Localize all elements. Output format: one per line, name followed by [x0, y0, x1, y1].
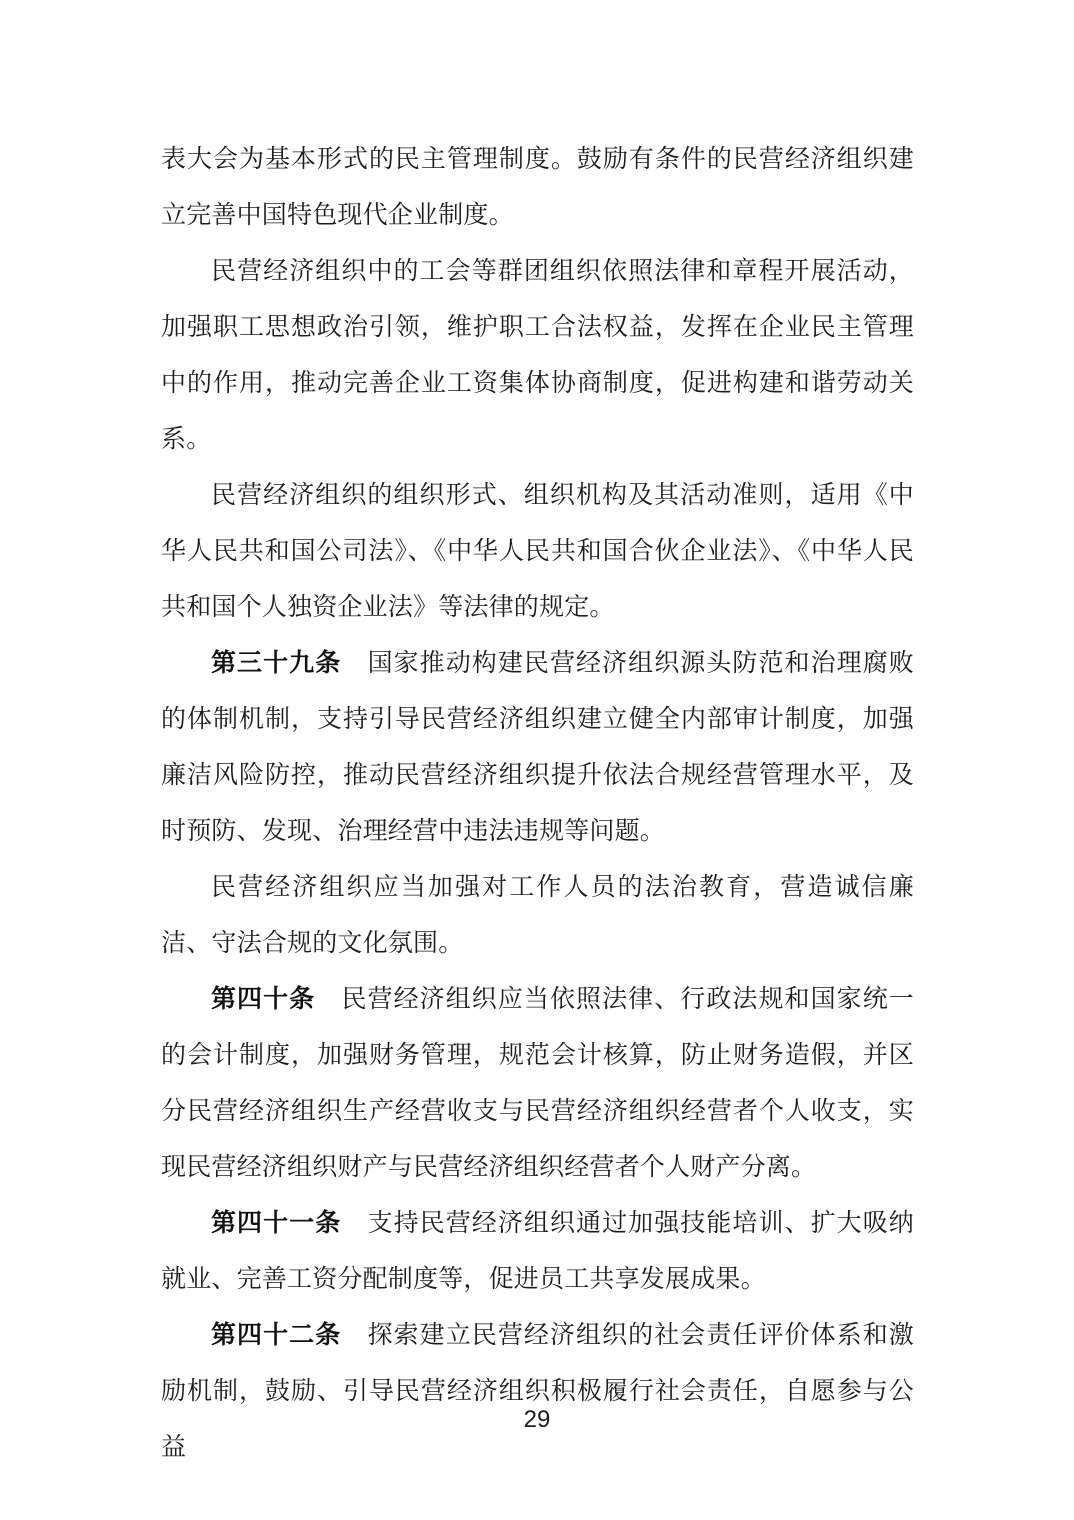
paragraph: 第三十九条国家推动构建民营经济组织源头防范和治理腐败的体制机制，支持引导民营经济…: [161, 636, 914, 860]
paragraph: 民营经济组织的组织形式、组织机构及其活动准则，适用《中华人民共和国公司法》、《中…: [161, 468, 914, 636]
paragraph: 第四十二条探索建立民营经济组织的社会责任评价体系和激励机制，鼓励、引导民营经济组…: [161, 1308, 914, 1476]
paragraph-text: 表大会为基本形式的民主管理制度。鼓励有条件的民营经济组织建立完善中国特色现代企业…: [161, 146, 914, 229]
paragraph: 民营经济组织应当加强对工作人员的法治教育，营造诚信廉洁、守法合规的文化氛围。: [161, 860, 914, 972]
paragraph-text: 国家推动构建民营经济组织源头防范和治理腐败的体制机制，支持引导民营经济组织建立健…: [161, 650, 914, 845]
paragraph-text: 民营经济组织应当依照法律、行政法规和国家统一的会计制度，加强财务管理，规范会计核…: [161, 986, 914, 1181]
text-block: 表大会为基本形式的民主管理制度。鼓励有条件的民营经济组织建立完善中国特色现代企业…: [161, 132, 914, 1476]
paragraph-text: 民营经济组织应当加强对工作人员的法治教育，营造诚信廉洁、守法合规的文化氛围。: [161, 874, 914, 957]
paragraph: 第四十一条支持民营经济组织通过加强技能培训、扩大吸纳就业、完善工资分配制度等，促…: [161, 1196, 914, 1308]
paragraph: 第四十条民营经济组织应当依照法律、行政法规和国家统一的会计制度，加强财务管理，规…: [161, 972, 914, 1196]
paragraph: 民营经济组织中的工会等群团组织依照法律和章程开展活动，加强职工思想政治引领，维护…: [161, 244, 914, 468]
paragraph-text: 民营经济组织中的工会等群团组织依照法律和章程开展活动，加强职工思想政治引领，维护…: [161, 258, 914, 453]
document-page: 表大会为基本形式的民主管理制度。鼓励有条件的民营经济组织建立完善中国特色现代企业…: [0, 0, 1074, 1520]
page-number: 29: [0, 1406, 1074, 1434]
article-number: 第四十一条: [211, 1210, 341, 1237]
article-number: 第三十九条: [211, 650, 341, 677]
paragraph: 表大会为基本形式的民主管理制度。鼓励有条件的民营经济组织建立完善中国特色现代企业…: [161, 132, 914, 244]
article-number: 第四十条: [211, 986, 315, 1013]
paragraph-text: 民营经济组织的组织形式、组织机构及其活动准则，适用《中华人民共和国公司法》、《中…: [161, 482, 914, 621]
article-number: 第四十二条: [211, 1322, 341, 1349]
